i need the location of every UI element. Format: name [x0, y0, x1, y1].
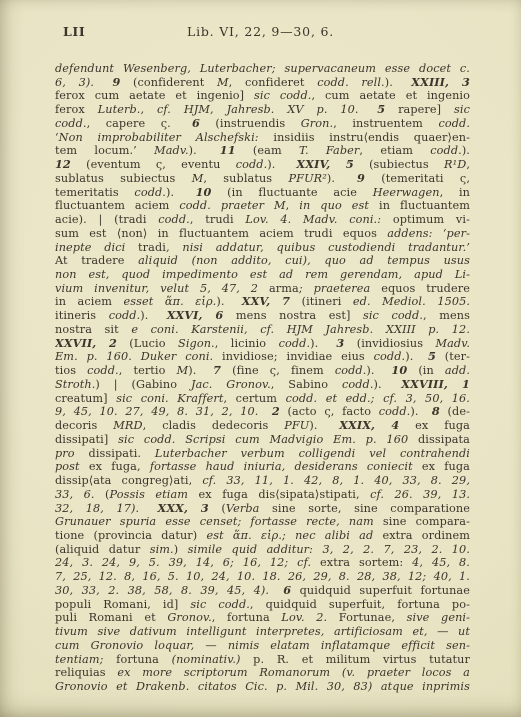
text-line: tione (provincia datur) est ἅπ. εἰρ.; ne… — [55, 529, 470, 543]
text-line: 33, 6. (Possis etiam ex fuga dis⟨sipata⟩… — [55, 488, 470, 502]
text-line: 12 (eventum ς, eventu codd.). XXIV, 5 (s… — [55, 158, 470, 172]
text-line: ferox Luterb., cf. HJM, Jahresb. XV p. 1… — [55, 103, 470, 117]
text-line: temeritatis codd.). 10 (in fluctuante ac… — [55, 186, 470, 200]
text-line: tentiam; fortuna (nominativ.) p. R. et m… — [55, 653, 470, 667]
text-line: ferox cum aetate et ingenio] sic codd., … — [55, 89, 470, 103]
text-line: non est, quod impedimento est ad rem ger… — [55, 268, 470, 282]
text-line: inepte dici tradi, nisi addatur, quibus … — [55, 241, 470, 255]
text-line: 32, 18, 17). XXX, 3 (Verba sine sorte, s… — [55, 502, 470, 516]
text-line: Gronovio et Drakenb. citatos Cic. p. Mil… — [55, 680, 470, 694]
book-page: LII Lib. VI, 22, 9—30, 6. defendunt Wese… — [0, 0, 521, 717]
text-line: Em. p. 160. Duker coni. invidiose; invid… — [55, 350, 470, 364]
text-line: nostra sit e coni. Karstenii, cf. HJM Ja… — [55, 323, 470, 337]
text-line: decoris MRD, cladis dedecoris PFU). XXIX… — [55, 419, 470, 433]
text-line: Stroth.) | (Gabino Jac. Gronov., Sabino … — [55, 378, 470, 392]
text-line: acie). | (tradi codd., trudi Lov. 4. Mad… — [55, 213, 470, 227]
text-line: 6, 3). 9 (confiderent M, confideret codd… — [55, 76, 470, 90]
text-line: cum Gronovio loquar, — nimis elatam infl… — [55, 639, 470, 653]
text-line: defendunt Wesenberg, Luterbacher; superv… — [55, 62, 470, 76]
text-line: vium invenitur, velut 5, 47, 2 arma; pra… — [55, 282, 470, 296]
text-line: itineris codd.). XXVI, 6 mens nostra est… — [55, 309, 470, 323]
text-line: puli Romani et Gronov., fortuna Lov. 2. … — [55, 611, 470, 625]
text-line: 7, 25, 12. 8, 16, 5. 10, 24, 10. 18. 26,… — [55, 570, 470, 584]
text-line: fluctuantem aciem codd. praeter M, in qu… — [55, 199, 470, 213]
text-line: tivum sive dativum intelligunt interpret… — [55, 625, 470, 639]
text-line: Grunauer spuria esse censet; fortasse re… — [55, 515, 470, 529]
text-line: pro dissipati. Luterbacher verbum collig… — [55, 447, 470, 461]
text-line: in aciem esset ἅπ. εἰρ.). XXV, 7 (itiner… — [55, 295, 470, 309]
text-line: post ex fuga, fortasse haud iniuria, des… — [55, 460, 470, 474]
text-line: sum est ⟨non⟩ in fluctuantem aciem trudi… — [55, 227, 470, 241]
body-text: defendunt Wesenberg, Luterbacher; superv… — [55, 62, 470, 694]
text-line: (aliquid datur sim.) simile quid additur… — [55, 543, 470, 557]
text-line: 24, 3. 24, 9, 5. 39, 14, 6; 16, 12; cf. … — [55, 556, 470, 570]
text-line: creatum] sic coni. Kraffert, certum codd… — [55, 392, 470, 406]
text-line: tem locum.’ Madv.). 11 (eam T. Faber, et… — [55, 144, 470, 158]
page-header: LII Lib. VI, 22, 9—30, 6. — [55, 24, 466, 42]
text-line: populi Romani, id] sic codd., quidquid s… — [55, 598, 470, 612]
text-line: 30, 33, 2. 38, 58, 8. 39, 45, 4). 6 quid… — [55, 584, 470, 598]
text-line: dissip⟨ata congreg⟩ati, cf. 33, 11, 1. 4… — [55, 474, 470, 488]
text-line: codd., capere ς. 6 (instruendis Gron., i… — [55, 117, 470, 131]
text-line: 9, 45, 10. 27, 49, 8. 31, 2, 10. 2 (acto… — [55, 405, 470, 419]
text-line: tios codd., tertio M). 7 (fine ς, finem … — [55, 364, 470, 378]
text-line: XXVII, 2 (Lucio Sigon., licinio codd.). … — [55, 337, 470, 351]
running-title: Lib. VI, 22, 9—30, 6. — [55, 24, 466, 39]
text-line: sublatus subiectus M, sublatus PFUR²). 9… — [55, 172, 470, 186]
text-line: At tradere aliquid (non addito, cui), qu… — [55, 254, 470, 268]
text-line: ‘Non improbabiliter Alschefski: insidiis… — [55, 131, 470, 145]
text-line: dissipati] sic codd. Scripsi cum Madvigi… — [55, 433, 470, 447]
text-line: reliquias ex more scriptorum Romanorum (… — [55, 666, 470, 680]
